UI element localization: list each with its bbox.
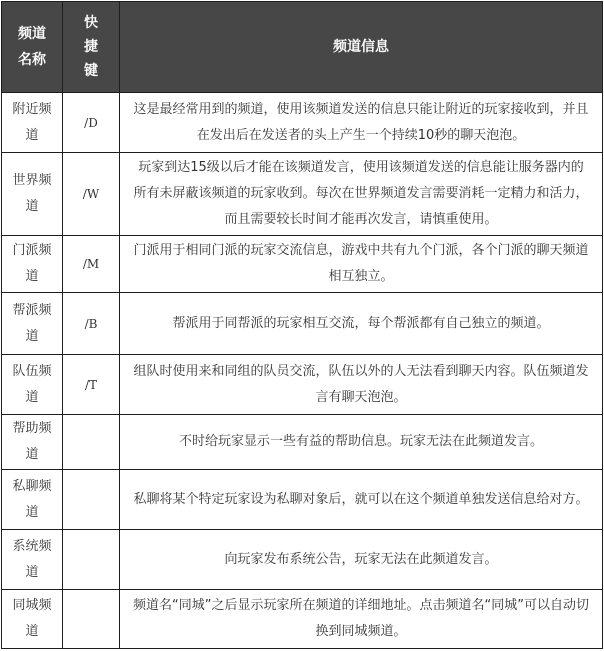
channel-table: 频道名称 快捷键 频道信息 附近频道/D这是最经常用到的频道，使用该频道发送的信… <box>1 1 603 649</box>
header-channel-info: 频道信息 <box>120 2 603 93</box>
channel-name: 系统频道 <box>12 534 52 586</box>
table-row: 帮派频道/B帮派用于同帮派的玩家相互交流，每个帮派都有自己独立的频道。 <box>2 293 603 355</box>
channel-info-cell: 这是最经常用到的频道，使用该频道发送的信息只能让附近的玩家接收到，并且在发出后在… <box>120 93 603 153</box>
channel-name-cell: 附近频道 <box>2 93 63 153</box>
table-row: 私聊频道私聊将某个特定玩家设为私聊对象后，就可以在这个频道单独发送信息给对方。 <box>2 470 603 530</box>
channel-name-cell: 世界频道 <box>2 153 63 236</box>
channel-name: 帮助频道 <box>12 416 52 468</box>
channel-name: 门派频道 <box>12 238 52 290</box>
table-row: 门派频道/M门派用于相同门派的玩家交流信息，游戏中共有九个门派，各个门派的聊天频… <box>2 236 603 293</box>
shortcut-cell <box>63 530 120 590</box>
channel-name: 世界频道 <box>12 168 52 220</box>
shortcut-key: /D <box>84 116 98 130</box>
channel-name: 帮派频道 <box>12 298 52 350</box>
shortcut-key: /B <box>85 317 98 331</box>
channel-info: 组队时使用来和同组的队员交流，队伍以外的人无法看到聊天内容。队伍频道发言有聊天泡… <box>133 364 588 405</box>
table-row: 系统频道向玩家发布系统公告，玩家无法在此频道发言。 <box>2 530 603 590</box>
channel-info-cell: 不时给玩家显示一些有益的帮助信息。玩家无法在此频道发言。 <box>120 415 603 470</box>
channel-name-cell: 帮助频道 <box>2 415 63 470</box>
channel-name-cell: 队伍频道 <box>2 355 63 415</box>
channel-info-cell: 组队时使用来和同组的队员交流，队伍以外的人无法看到聊天内容。队伍频道发言有聊天泡… <box>120 355 603 415</box>
channel-info: 帮派用于同帮派的玩家相互交流，每个帮派都有自己独立的频道。 <box>172 316 549 331</box>
channel-info-cell: 频道名“同城”之后显示玩家所在频道的详细地址。点击频道名“同城”可以自动切换到同… <box>120 590 603 649</box>
channel-info: 私聊将某个特定玩家设为私聊对象后，就可以在这个频道单独发送信息给对方。 <box>133 492 588 507</box>
table-row: 附近频道/D这是最经常用到的频道，使用该频道发送的信息只能让附近的玩家接收到，并… <box>2 93 603 153</box>
channel-name-cell: 同城频道 <box>2 590 63 649</box>
channel-name: 附近频道 <box>12 97 52 149</box>
shortcut-cell <box>63 590 120 649</box>
header-channel-name-text: 频道名称 <box>17 21 47 73</box>
shortcut-key: /M <box>83 257 99 271</box>
header-channel-info-text: 频道信息 <box>333 39 389 55</box>
channel-info: 门派用于相同门派的玩家交流信息，游戏中共有九个门派，各个门派的聊天频道相互独立。 <box>133 243 588 284</box>
shortcut-cell: /D <box>63 93 120 153</box>
table-row: 帮助频道不时给玩家显示一些有益的帮助信息。玩家无法在此频道发言。 <box>2 415 603 470</box>
header-row: 频道名称 快捷键 频道信息 <box>2 2 603 93</box>
table-row: 队伍频道/T组队时使用来和同组的队员交流，队伍以外的人无法看到聊天内容。队伍频道… <box>2 355 603 415</box>
channel-name: 同城频道 <box>12 593 52 645</box>
table-body: 附近频道/D这是最经常用到的频道，使用该频道发送的信息只能让附近的玩家接收到，并… <box>2 93 603 649</box>
shortcut-key: /T <box>85 378 97 392</box>
header-shortcut: 快捷键 <box>63 2 120 93</box>
channel-info: 不时给玩家显示一些有益的帮助信息。玩家无法在此频道发言。 <box>179 434 543 449</box>
shortcut-cell <box>63 415 120 470</box>
channel-info: 这是最经常用到的频道，使用该频道发送的信息只能让附近的玩家接收到，并且在发出后在… <box>133 102 588 143</box>
channel-name: 队伍频道 <box>12 359 52 411</box>
shortcut-cell: /W <box>63 153 120 236</box>
shortcut-cell: /M <box>63 236 120 293</box>
table-row: 同城频道频道名“同城”之后显示玩家所在频道的详细地址。点击频道名“同城”可以自动… <box>2 590 603 649</box>
channel-name-cell: 系统频道 <box>2 530 63 590</box>
header-channel-name: 频道名称 <box>2 2 63 93</box>
channel-name-cell: 门派频道 <box>2 236 63 293</box>
channel-info-cell: 私聊将某个特定玩家设为私聊对象后，就可以在这个频道单独发送信息给对方。 <box>120 470 603 530</box>
channel-info: 频道名“同城”之后显示玩家所在频道的详细地址。点击频道名“同城”可以自动切换到同… <box>133 598 589 639</box>
channel-name-cell: 帮派频道 <box>2 293 63 355</box>
table-header: 频道名称 快捷键 频道信息 <box>2 2 603 93</box>
channel-name: 私聊频道 <box>12 474 52 526</box>
header-shortcut-text: 快捷键 <box>84 11 99 83</box>
channel-info-cell: 帮派用于同帮派的玩家相互交流，每个帮派都有自己独立的频道。 <box>120 293 603 355</box>
channel-info-cell: 门派用于相同门派的玩家交流信息，游戏中共有九个门派，各个门派的聊天频道相互独立。 <box>120 236 603 293</box>
channel-info-cell: 玩家到达15级以后才能在该频道发言，使用该频道发送的信息能让服务器内的所有未屏蔽… <box>120 153 603 236</box>
shortcut-cell: /B <box>63 293 120 355</box>
channel-name-cell: 私聊频道 <box>2 470 63 530</box>
channel-info-cell: 向玩家发布系统公告，玩家无法在此频道发言。 <box>120 530 603 590</box>
shortcut-cell <box>63 470 120 530</box>
shortcut-cell: /T <box>63 355 120 415</box>
channel-info: 向玩家发布系统公告，玩家无法在此频道发言。 <box>224 552 497 567</box>
table-row: 世界频道/W玩家到达15级以后才能在该频道发言，使用该频道发送的信息能让服务器内… <box>2 153 603 236</box>
shortcut-key: /W <box>83 187 99 201</box>
channel-info: 玩家到达15级以后才能在该频道发言，使用该频道发送的信息能让服务器内的所有未屏蔽… <box>133 160 588 227</box>
